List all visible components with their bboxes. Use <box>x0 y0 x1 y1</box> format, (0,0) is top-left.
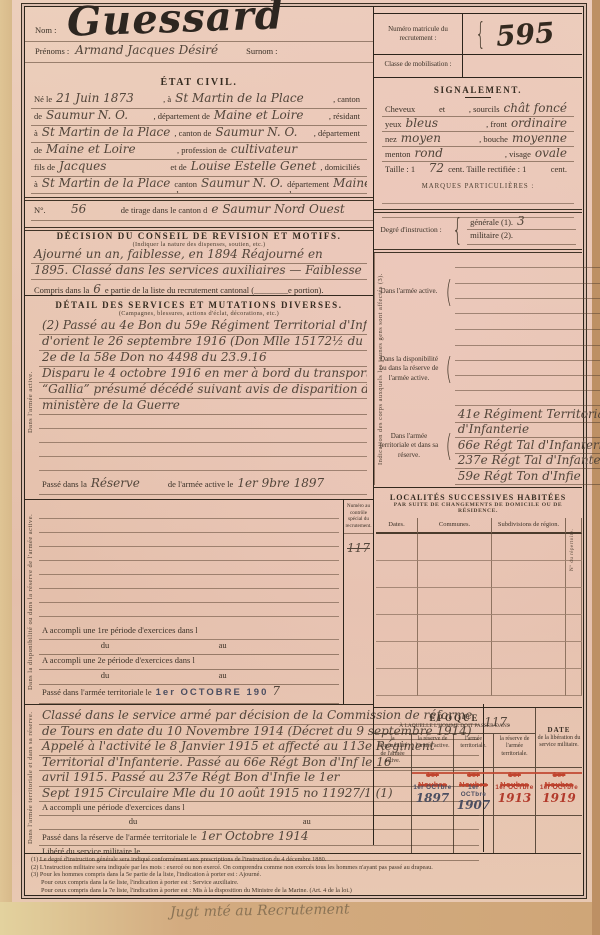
services-section: DÉTAIL DES SERVICES ET MUTATIONS DIVERSE… <box>25 297 373 495</box>
text-segment: A accompli une 1re période d'exercices d… <box>42 625 198 635</box>
text-segment: , résidant <box>329 111 360 121</box>
text-segment: , canton <box>333 94 360 104</box>
service-line: (2) Passé au 4e Bon du 59e Régiment Terr… <box>39 319 367 335</box>
text-segment: moyenne <box>512 132 567 145</box>
text-segment: de l'armée active le <box>168 479 233 489</box>
text-segment: du <box>101 670 110 680</box>
footnote-line: (2) L'instruction militaire sera indiqué… <box>31 864 575 872</box>
empty-cell <box>374 768 412 782</box>
decision-title: DÉCISION DU CONSEIL DE REVISION ET MOTIF… <box>25 231 373 241</box>
signalement-line: yeuxbleus, frontordinaire <box>382 117 574 132</box>
localites-body <box>376 534 580 696</box>
corps-entry-line: 66e Régt Tal d'Infanterie4259 <box>455 439 600 454</box>
stamp-text: 1er OCTbre <box>455 784 492 798</box>
localites-subtitle: PAR SUITE DE CHANGEMENTS DE DOMICILE OU … <box>374 502 582 514</box>
blank-ruled-line <box>39 443 367 457</box>
text-segment: Saumur N. O. <box>46 109 128 122</box>
classe-value-empty <box>463 53 582 77</box>
du-au-line: duau <box>39 670 339 685</box>
passe-reserve-active-line: Passé dans laRéservede l'armée active le… <box>39 477 367 495</box>
text-segment: d'orient le 26 septembre 1916 (Don Mlle … <box>42 335 367 348</box>
footnote-line: (3) Pour les hommes compris dans la 5e p… <box>31 871 575 879</box>
corps-row-dispo: Dans la disponibilité ou dans la réserve… <box>375 331 600 407</box>
service-line: 2e de la 58e Don no 4498 du 23.9.16 <box>39 351 367 367</box>
prenoms-label: Prénoms : <box>35 46 69 56</box>
blank-ruled-line <box>455 392 600 406</box>
epoque-title: ÉPOQUE <box>375 713 534 723</box>
text-segment: Maine et Loire <box>214 109 304 122</box>
empty-cell <box>418 642 492 669</box>
text-segment: bleus <box>406 117 439 130</box>
blank-ruled-line <box>39 415 367 429</box>
empty-cell <box>492 588 566 615</box>
degre-section: Degré d'instruction : { générale (1).3 m… <box>374 213 582 247</box>
blank-ruled-line <box>455 285 600 299</box>
text-segment: , département <box>314 128 360 138</box>
divider <box>25 197 373 201</box>
etat-civil-line: Né le21 Juin 1873, àSt Martin de la Plac… <box>31 92 367 109</box>
right-column: Numéro matricule du recrutement : { 595 … <box>373 7 584 845</box>
blank-ruled-line <box>455 362 600 376</box>
text-segment: du <box>101 640 110 650</box>
text-segment: Saumur N. O. <box>215 126 297 139</box>
corps-entry-line: 59e Régt Ton d'Infie11360 <box>455 470 600 485</box>
margin-label-armee-active: Dans l'armée active. <box>27 307 35 497</box>
blank-ruled-line <box>39 533 339 547</box>
text-segment: St Martin de la Place <box>42 126 171 139</box>
scanned-military-register-page: { "doc": { "bottom_note": "Jugt mté au R… <box>0 0 600 935</box>
text-segment: St Martin de la Place <box>42 177 171 190</box>
nom-value: Guessard <box>66 0 284 46</box>
text-segment: Passé dans la réserve de l'armée territo… <box>42 832 197 842</box>
epoque-subtitle: À LAQUELLE L'HOMME DOIT PASSER DANS <box>375 723 534 729</box>
text-segment: Saumur N. O. <box>201 177 283 190</box>
reserve-section: A accompli une 1re période d'exercices d… <box>25 499 373 704</box>
corps-left-strip: Indication des corps auxquels les jeunes… <box>374 253 375 485</box>
text-segment: , visage <box>505 149 531 159</box>
paren-icon: ( <box>446 275 452 310</box>
brace-icon: { <box>475 17 486 52</box>
text-segment: Jacques <box>59 160 106 173</box>
text-segment: Louise Estelle Genet <box>191 160 317 173</box>
service-line: d'orient le 26 septembre 1916 (Don Mlle … <box>39 335 367 351</box>
matricule-box: Numéro matricule du recrutement : { 595 <box>374 13 582 55</box>
matricule-value: 595 <box>495 16 556 53</box>
empty-cell <box>418 669 492 696</box>
corps-entry-line: d'Infanterie11081 <box>455 423 600 438</box>
epoque-col-header: la disponibilité de l'armée active. <box>374 734 412 768</box>
accompli-1-line: A accompli une 1re période d'exercices d… <box>39 625 339 640</box>
empty-cell <box>376 588 418 615</box>
stamp-text: 1er OCTbre <box>537 784 581 791</box>
text-segment: Né le <box>34 94 52 104</box>
footnote-line: Pour ceux compris dans la 6e liste, l'in… <box>31 879 575 887</box>
empty-cell <box>494 816 536 854</box>
struck-stamp: 1er Novbre <box>412 768 454 782</box>
taille-line: Taille : 1 m.72cent. Taille rectifiée : … <box>382 162 574 177</box>
service-line: ministère de la Guerre <box>39 399 367 415</box>
stamp-year: 1919 <box>537 791 581 805</box>
corps-row-active: Dans l'armée active. ( <box>375 253 600 331</box>
surnom-label: Surnom : <box>246 46 277 56</box>
date-title: DATE <box>537 726 581 735</box>
text-segment: Réserve <box>91 477 140 490</box>
signalement-line: nezmoyen, bouchemoyenne <box>382 132 574 147</box>
text-segment: d'Infanterie <box>458 423 529 436</box>
stamp-year: 1897 <box>413 791 452 805</box>
text-segment: moyen <box>401 132 441 145</box>
epoque-stamp-1907: 1er OCTbre 1907 <box>454 782 494 816</box>
epoque-col-header: la réserve de l'armée active. <box>412 734 454 768</box>
empty-cell <box>454 816 494 854</box>
localites-section: LOCALITÉS SUCCESSIVES HABITÉES PAR SUITE… <box>374 489 582 696</box>
text-segment: du <box>129 816 138 826</box>
epoque-section: ÉPOQUE À LAQUELLE L'HOMME DOIT PASSER DA… <box>374 707 582 854</box>
empty-cell <box>566 669 582 696</box>
text-segment: au <box>219 640 227 650</box>
text-segment: cent. <box>551 164 567 174</box>
text-segment: Territorial d'Infanterie. Passé au 66e R… <box>42 756 392 769</box>
text-segment: Passé dans l'armée territoriale le <box>42 687 152 697</box>
struck-stamp: 1er Novbre <box>454 768 494 782</box>
text-segment: e partie de la liste du recrutement cant… <box>105 285 324 295</box>
text-segment: 237e Régt Tal d'Infanterie <box>458 454 600 467</box>
text-segment: de <box>34 111 42 121</box>
decision-line: 1895. Classé dans les services auxiliair… <box>31 264 367 280</box>
text-segment: Maine et Loire <box>333 177 367 190</box>
du-au-line: duau <box>39 640 339 655</box>
text-segment: à <box>34 128 38 138</box>
text-segment: menton <box>385 149 411 159</box>
decision-line: Ajourné un an, faiblesse, en 1894 Réajou… <box>31 248 367 264</box>
text-segment: et de <box>170 162 186 172</box>
title-underline <box>465 97 491 98</box>
degre-label: Degré d'instruction : <box>374 225 448 235</box>
epoque-col-header: l'armée territoriale. <box>454 734 494 768</box>
controle-header: Numéro au contrôle spécial du recrutemen… <box>344 499 373 534</box>
localites-col-subdivisions: Subdivisions de région. <box>492 518 566 534</box>
empty-cell <box>418 588 492 615</box>
strike-line <box>412 772 582 774</box>
classe-box: Classe de mobilisation : <box>374 53 582 78</box>
etat-civil-line: fils deJacqueset deLouise Estelle Genet,… <box>31 160 367 177</box>
text-segment: ordinaire <box>511 117 567 130</box>
text-segment: 1895. Classé dans les services auxiliair… <box>34 264 362 277</box>
blank-ruled-line <box>455 300 600 314</box>
blank-ruled-line <box>455 270 600 284</box>
etat-civil-line: deSaumur N. O., département deMaine et L… <box>31 109 367 126</box>
text-segment: cent. Taille rectifiée : 1 m. <box>448 164 535 177</box>
corps-entry-line: 237e Régt Tal d'Infanterie11876 <box>455 454 600 469</box>
degre-militaire-line: militaire (2). <box>467 230 576 245</box>
signalement-line: Cheveuxet, sourcilschât foncé <box>382 102 574 117</box>
empty-cell <box>492 642 566 669</box>
epoque-stamp-1897: 1er OCTbre 1897 <box>412 782 454 816</box>
divider-heavy <box>25 295 373 296</box>
margin-label-disponibilite: Dans la disponibilité ou dans la réserve… <box>27 503 35 701</box>
footnotes: (1) Le degré d'instruction générale sera… <box>25 853 581 894</box>
blank-ruled-line <box>455 316 600 330</box>
struck-stamp: 1er Novbre <box>536 768 582 782</box>
stamp-text: 1er OCTbre <box>495 784 534 791</box>
text-segment: militaire (2). <box>470 230 513 240</box>
text-segment: ovale <box>535 147 567 160</box>
text-segment: département de <box>287 179 329 194</box>
accompli-2-line: A accompli une 2e période d'exercices da… <box>39 655 339 670</box>
empty-cell <box>376 615 418 642</box>
text-segment: ministère de la Guerre <box>42 399 180 412</box>
text-segment: N°. <box>34 205 46 215</box>
localites-side-label: N° du répertoire. <box>570 520 577 580</box>
epoque-stamp-1913: 1er OCTbre 1913 <box>494 782 536 816</box>
brace-icon: { <box>452 213 463 248</box>
empty-cell <box>376 642 418 669</box>
corps-entry-line: 41e Régiment Territorial <box>455 408 600 423</box>
text-segment: nez <box>385 134 397 144</box>
empty-cell <box>566 615 582 642</box>
etat-civil-line: àSt Martin de la Place, canton deSaumur … <box>31 126 367 143</box>
left-column: Nom : Guessard Prénoms : Armand Jacques … <box>25 7 373 845</box>
degre-generale-line: générale (1).3 <box>467 215 576 230</box>
controle-column: Numéro au contrôle spécial du recrutemen… <box>343 499 373 704</box>
text-segment: Ajourné un an, faiblesse, en 1894 Réajou… <box>34 248 323 261</box>
divider-heavy <box>374 487 582 488</box>
text-segment: , département de <box>154 111 210 121</box>
margin-label-territoriale: Dans l'armée territoriale et dans sa rés… <box>27 707 35 849</box>
empty-cell <box>376 534 418 561</box>
text-segment: rond <box>415 147 443 160</box>
text-segment: Maine et Loire <box>46 143 136 156</box>
text-segment: cultivateur <box>231 143 297 156</box>
decision-subtitle: (Indiquer la nature des dispenses, souti… <box>25 241 373 248</box>
text-segment: 3 <box>517 215 525 228</box>
blank-ruled-line <box>39 589 339 603</box>
blank-ruled-line <box>39 575 339 589</box>
text-segment: fils de <box>34 162 55 172</box>
form-frame: Nom : Guessard Prénoms : Armand Jacques … <box>24 6 584 896</box>
signalement-title: SIGNALEMENT. <box>374 85 582 95</box>
localites-title: LOCALITÉS SUCCESSIVES HABITÉES <box>374 493 582 502</box>
text-segment: Cheveux <box>385 104 415 114</box>
stamp-year: 1913 <box>495 791 534 805</box>
text-segment: et <box>439 104 445 114</box>
date-col-header: DATE de la libération du service militai… <box>536 708 582 768</box>
service-line: Disparu le 4 octobre 1916 en mer à bord … <box>39 367 367 383</box>
text-segment: générale (1). <box>470 217 513 227</box>
bottom-handwriting: Jugt mté au Recrutement <box>170 901 350 920</box>
text-segment: 72 <box>429 162 444 175</box>
marques-title: MARQUES PARTICULIÈRES : <box>374 183 582 190</box>
etat-civil-line: deMaine et Loire, profession decultivate… <box>31 143 367 160</box>
epoque-col-header: la réserve de l'armée territoriale. <box>494 734 536 768</box>
text-segment: , profession de <box>177 145 227 155</box>
blank-ruled-line <box>39 505 339 519</box>
text-segment: de <box>34 145 42 155</box>
etat-civil-section: ÉTAT CIVIL. Né le21 Juin 1873, àSt Marti… <box>25 65 373 194</box>
territoriale-section: Classé dans le service armé par décision… <box>25 704 373 852</box>
detail-subtitle: (Campagnes, blessures, actions d'éclat, … <box>25 310 373 317</box>
text-segment: Disparu le 4 octobre 1916 en mer à bord … <box>42 367 367 380</box>
service-line: “Gallia” présumé décédé suivant avis de … <box>39 383 367 399</box>
decision-section: DÉCISION DU CONSEIL DE REVISION ET MOTIF… <box>25 231 373 299</box>
stamp-text: 1er OCTbre <box>413 784 452 791</box>
text-segment: au <box>303 816 311 826</box>
date-subtitle: de la libération du service militaire. <box>537 735 581 750</box>
text-segment: canton de <box>174 179 197 194</box>
text-segment: (2) Passé au 4e Bon du 59e Régiment Terr… <box>42 319 367 332</box>
detail-title: DÉTAIL DES SERVICES ET MUTATIONS DIVERSE… <box>25 300 373 310</box>
text-segment: Passé dans la <box>42 479 87 489</box>
signalement-section: SIGNALEMENT. Cheveuxet, sourcilschât fon… <box>374 81 582 218</box>
text-segment: , sourcils <box>469 104 500 114</box>
text-segment: , domiciliés <box>320 162 360 172</box>
text-segment: 7 <box>272 685 280 698</box>
empty-cell <box>566 588 582 615</box>
struck-stamp: 1er Novbre <box>494 768 536 782</box>
signalement-line: mentonrond, visageovale <box>382 147 574 162</box>
epoque-stamp-1919: 1er OCTbre 1919 <box>536 782 582 816</box>
text-segment: avril 1915. Passé au 237e Régt Bon d'Inf… <box>42 771 339 784</box>
blank-ruled-line <box>39 547 339 561</box>
stamp-year: 1907 <box>455 798 492 812</box>
empty-cell <box>374 782 412 816</box>
text-segment: au <box>219 670 227 680</box>
empty-cell <box>376 561 418 588</box>
blank-ruled-line <box>39 429 367 443</box>
text-segment: Sept 1915 Circulaire Mle du 10 août 1915… <box>42 787 393 800</box>
text-segment: chât foncé <box>504 102 567 115</box>
prenoms-value: Armand Jacques Désiré <box>75 44 218 57</box>
nom-label: Nom : <box>35 25 57 35</box>
localites-col-dates: Dates. <box>376 518 418 534</box>
empty-cell <box>566 642 582 669</box>
matricule-label: Numéro matricule du recrutement : <box>374 14 463 54</box>
text-segment: St Martin de la Place <box>175 92 304 105</box>
empty-cell <box>536 816 582 854</box>
corps-left-label: Indication des corps auxquels les jeunes… <box>377 259 385 479</box>
empty-cell <box>418 534 492 561</box>
prenoms-row: Prénoms : Armand Jacques Désiré Surnom : <box>25 41 373 63</box>
empty-cell <box>418 615 492 642</box>
epoque-header: ÉPOQUE À LAQUELLE L'HOMME DOIT PASSER DA… <box>374 708 536 734</box>
blank-ruled-line <box>39 603 339 617</box>
blank-lines-group <box>39 415 367 471</box>
empty-cell <box>412 816 454 854</box>
blank-ruled-line <box>455 332 600 346</box>
text-segment: “Gallia” présumé décédé suivant avis de … <box>42 383 367 396</box>
text-segment: , à <box>163 94 171 104</box>
text-segment: 56 <box>71 203 86 216</box>
empty-cell <box>418 561 492 588</box>
text-segment: A accompli une 2e période d'exercices da… <box>42 655 195 665</box>
localites-side-cell: N° du répertoire. <box>566 518 582 534</box>
text-segment: , canton de <box>174 128 211 138</box>
blank-lines-group <box>39 505 339 617</box>
text-segment: de tirage dans le canton d <box>121 205 208 215</box>
controle-value: 117 <box>344 542 373 555</box>
text-segment: à <box>34 179 38 189</box>
text-segment: , front <box>486 119 507 129</box>
text-segment: 2e de la 58e Don no 4498 du 23.9.16 <box>42 351 267 364</box>
empty-cell <box>492 534 566 561</box>
text-segment: 59e Régt Ton d'Infie <box>458 470 581 483</box>
text-segment: 6 <box>93 283 101 296</box>
blank-ruled-line <box>455 254 600 268</box>
corps-section: Indication des corps auxquels les jeunes… <box>374 253 582 485</box>
blank-ruled-line <box>382 190 574 204</box>
text-segment: 1er 9bre 1897 <box>237 477 324 490</box>
corps-row-territoriale: Dans l'armée territoriale et dans sa rés… <box>375 407 600 485</box>
empty-cell <box>376 669 418 696</box>
paren-icon: ( <box>446 429 452 464</box>
text-segment: e Saumur Nord Ouest <box>211 203 344 216</box>
blank-ruled-line <box>39 561 339 575</box>
localites-col-communes: Communes. <box>418 518 492 534</box>
nom-row: Nom : Guessard <box>25 7 373 42</box>
tirage-line: N°.56de tirage dans le canton de Saumur … <box>31 203 373 221</box>
empty-cell <box>492 561 566 588</box>
text-segment: Taille : 1 m. <box>385 164 425 177</box>
classe-label: Classe de mobilisation : <box>374 53 463 77</box>
footnote-line: Pour ceux compris dans la 7e liste, l'in… <box>31 887 575 895</box>
etat-civil-title: ÉTAT CIVIL. <box>25 77 373 88</box>
passe-territoriale-line: Passé dans l'armée territoriale le1er OC… <box>39 685 339 704</box>
blank-ruled-line <box>455 347 600 361</box>
paren-icon: ( <box>446 352 452 387</box>
text-segment: Compris dans la <box>34 285 89 295</box>
blank-ruled-line <box>39 457 367 471</box>
text-segment: 1er Octobre 1914 <box>201 830 309 843</box>
blank-ruled-line <box>455 377 600 391</box>
text-segment: 1er OCTOBRE 190 <box>156 687 269 698</box>
etat-civil-line: àSt Martin de la Placecanton deSaumur N.… <box>31 177 367 194</box>
empty-cell <box>374 816 412 854</box>
empty-cell <box>492 615 566 642</box>
empty-cell <box>492 669 566 696</box>
text-segment: 21 Juin 1873 <box>56 92 134 105</box>
text-segment: 66e Régt Tal d'Infanterie <box>458 439 600 452</box>
text-segment: A accompli une période d'exercices dans … <box>42 802 185 812</box>
text-segment: yeux <box>385 119 402 129</box>
footnote-line: (1) Le degré d'instruction générale sera… <box>31 856 575 864</box>
text-segment: 41e Régiment Territorial <box>458 408 600 421</box>
blank-ruled-line <box>39 519 339 533</box>
text-segment: , bouche <box>479 134 508 144</box>
